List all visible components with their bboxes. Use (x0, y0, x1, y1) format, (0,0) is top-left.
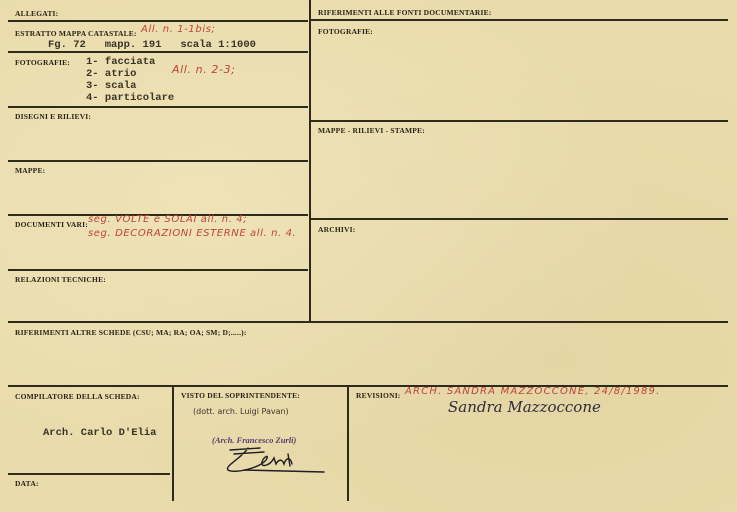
mappe-rilievi-stampe-label: MAPPE - RILIEVI - STAMPE: (318, 126, 425, 135)
fotografie-item: 1- facciata (86, 56, 174, 68)
rule (8, 106, 308, 108)
catalog-card: ALLEGATI: ESTRATTO MAPPA CATASTALE: All.… (0, 0, 737, 512)
estratto-mappa-value: Fg. 72 mapp. 191 scala 1:1000 (48, 39, 256, 51)
right-fotografie-label: FOTOGRAFIE: (318, 27, 373, 36)
revisioni-annotation: ARCH. SANDRA MAZZOCCONE, 24/8/1989. (405, 386, 660, 397)
estratto-mappa-annotation: All. n. 1-1bis; (141, 24, 216, 35)
estratto-mappa-label: ESTRATTO MAPPA CATASTALE: (15, 29, 137, 38)
rule (311, 218, 728, 220)
rule (8, 20, 308, 22)
disegni-label: DISEGNI E RILIEVI: (15, 112, 91, 121)
rule (8, 473, 170, 475)
relazioni-tecniche-label: RELAZIONI TECNICHE: (15, 275, 106, 284)
rule (8, 51, 308, 53)
documenti-vari-label: DOCUMENTI VARI: (15, 220, 88, 229)
column-divider (347, 385, 349, 501)
compilatore-label: COMPILATORE DELLA SCHEDA: (15, 392, 140, 401)
fotografie-list: 1- facciata 2- atrio 3- scala 4- partico… (86, 56, 174, 104)
mappe-label: MAPPE: (15, 166, 45, 175)
soprintendente-stamp: (dott. arch. Luigi Pavan) (193, 407, 289, 416)
riferimenti-fonti-label: RIFERIMENTI ALLE FONTI DOCUMENTARIE: (318, 8, 492, 17)
column-divider (172, 385, 174, 501)
rule (8, 321, 728, 323)
fotografie-item: 3- scala (86, 80, 174, 92)
compilatore-name: Arch. Carlo D'Elia (43, 427, 156, 439)
visto-soprintendente-label: VISTO DEL SOPRINTENDENTE: (181, 391, 300, 400)
archivi-label: ARCHIVI: (318, 225, 355, 234)
rule (8, 269, 308, 271)
allegati-label: ALLEGATI: (15, 9, 58, 18)
fotografie-label: FOTOGRAFIE: (15, 58, 70, 67)
documenti-vari-line1: seg. VOLTE e SOLAI all. n. 4; (88, 214, 247, 225)
data-label: DATA: (15, 479, 39, 488)
fotografie-item: 4- particolare (86, 92, 174, 104)
riferimenti-altre-schede-label: RIFERIMENTI ALTRE SCHEDE (CSU; MA; RA; O… (15, 328, 247, 337)
fotografie-annotation: All. n. 2-3; (172, 63, 235, 76)
revisioni-label: REVISIONI: (356, 391, 401, 400)
rule (311, 19, 728, 21)
documenti-vari-line2: seg. DECORAZIONI ESTERNE all. n. 4. (88, 228, 296, 239)
revisioni-signature: Sandra Mazzoccone (448, 398, 601, 416)
fotografie-item: 2- atrio (86, 68, 174, 80)
rule (311, 120, 728, 122)
soprintendente-signature-icon (220, 444, 330, 476)
rule (8, 160, 308, 162)
column-divider (309, 0, 311, 323)
